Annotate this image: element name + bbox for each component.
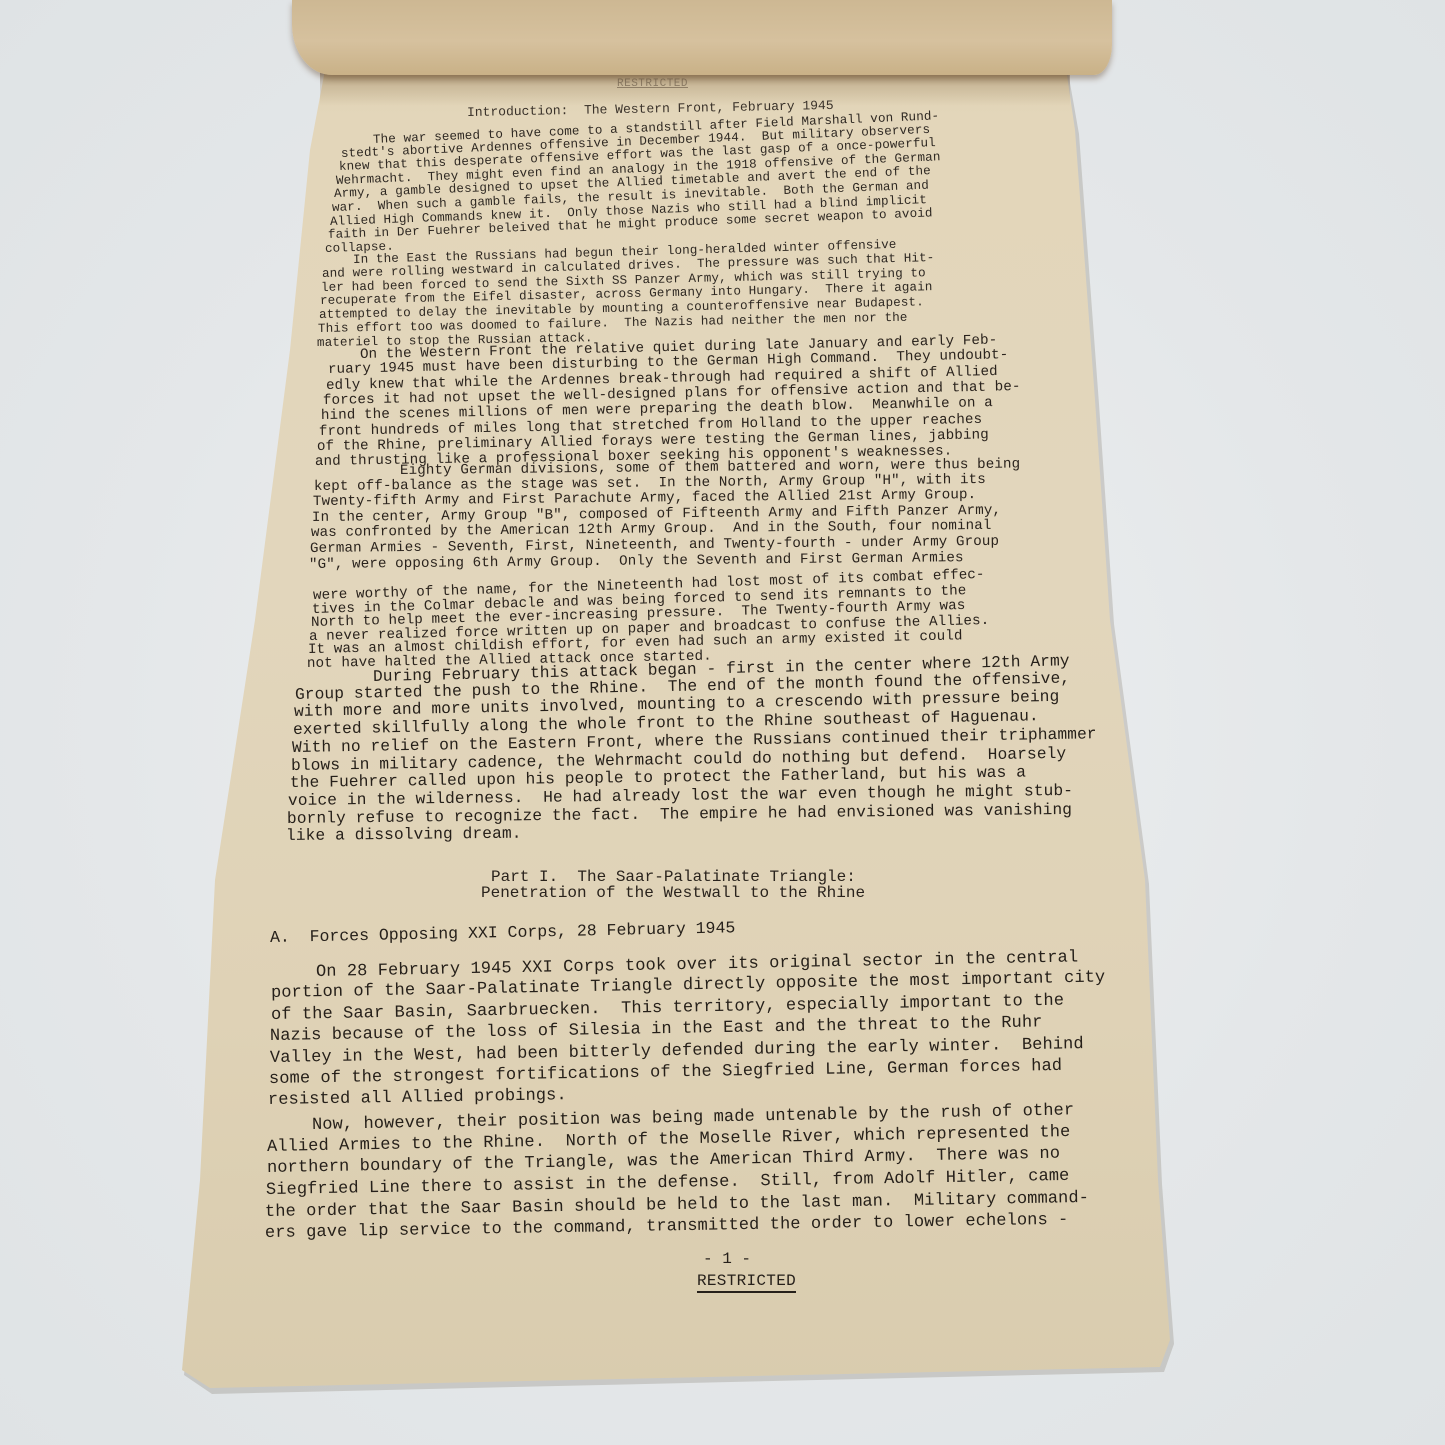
page-content: RESTRICTED Introduction: The Western Fro… <box>0 0 1445 1445</box>
section-a-heading: A. Forces Opposing XXI Corps, 28 Februar… <box>270 918 736 947</box>
footer-classification-marking: RESTRICTED <box>697 1272 796 1293</box>
part-title-line-2: Penetration of the Westwall to the Rhine <box>481 884 865 902</box>
page-number: - 1 - <box>703 1250 751 1268</box>
section-a-text-line: resisted all Allied probings. <box>268 1087 567 1111</box>
intro-text-line: like a dissolving dream. <box>286 825 522 845</box>
header-classification-marking: RESTRICTED <box>617 78 688 90</box>
